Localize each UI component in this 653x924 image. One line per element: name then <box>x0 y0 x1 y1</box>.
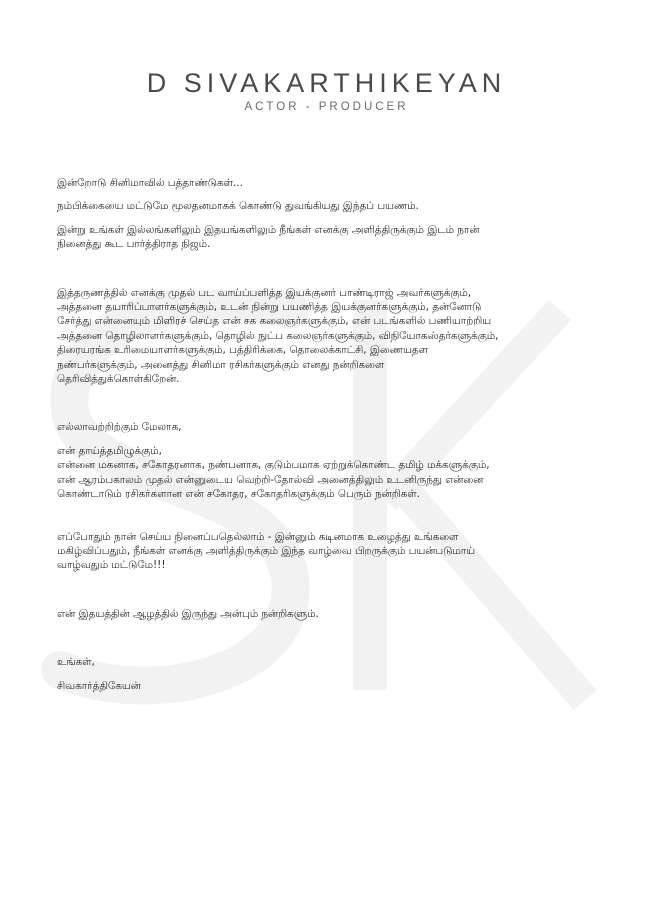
paragraph-tamil-line: என் தாய்த்தமிழுக்கும், <box>57 444 617 458</box>
paragraph-thanks-line: நண்பர்களுக்கும், அனைத்து சினிமா ரசிகர்கள… <box>57 358 617 372</box>
paragraph-thanks-line: அத்தனை தயாரிப்பாளர்களுக்கும், உடன் நின்ற… <box>57 300 617 314</box>
paragraph-tamil-line: கொண்டாடும் ரசிகர்களான என் சகோதர, சகோதரிக… <box>57 487 617 501</box>
paragraph-heartfelt: என் இதயத்தின் ஆழத்தில் இருந்து அன்பும் ந… <box>57 607 617 621</box>
paragraph-journey: நம்பிக்கையை மட்டுமே மூலதனமாகக் கொண்டு து… <box>57 199 617 213</box>
paragraph-tamil-line: என்னை மகனாக, சகோதரனாக, நண்பனாக, குடும்பம… <box>57 458 617 472</box>
paragraph-place-line: நினைத்து கூட பார்த்திராத நிஜம். <box>57 237 617 251</box>
letterhead-name: D SIVAKARTHIKEYAN <box>0 68 653 99</box>
paragraph-above-all: எல்லாவற்றிற்கும் மேலாக, <box>57 420 617 434</box>
paragraph-thanks-line: இத்தருணத்தில் எனக்கு முதல் பட வாய்ப்பளித… <box>57 286 617 300</box>
paragraph-thanks-line: தெரிவித்துக்கொள்கிறேன். <box>57 372 617 386</box>
paragraph-tamil-line: என் ஆரம்பகாலம் முதல் என்னுடைய வெற்றி-தோல… <box>57 473 617 487</box>
paragraph-promise-line: எப்போதும் நான் செய்ய நினைப்பதெல்லாம் - இ… <box>57 530 617 544</box>
letterhead: D SIVAKARTHIKEYAN ACTOR - PRODUCER <box>0 68 653 113</box>
paragraph-thanks-line: அத்தனை தொழிலாளர்களுக்கும், தொழில் நுட்ப … <box>57 329 617 343</box>
paragraph-promise-line: மகிழ்விப்பதும், நீங்கள் எனக்கு அளித்திரு… <box>57 544 617 558</box>
paragraph-thanks-line: சேர்த்து என்னையும் மிளிரச் செய்த என் சக … <box>57 314 617 328</box>
paragraph-intro: இன்றோடு சினிமாவில் பத்தாண்டுகள்... <box>57 176 617 190</box>
paragraph-promise-line: வாழ்வதும் மட்டுமே!!! <box>57 558 617 572</box>
signature: சிவகார்த்திகேயன் <box>57 679 617 693</box>
letter-body: இன்றோடு சினிமாவில் பத்தாண்டுகள்... நம்பி… <box>57 176 617 693</box>
paragraph-place-line: இன்று உங்கள் இல்லங்களிலும் இதயங்களிலும் … <box>57 223 617 237</box>
letterhead-role: ACTOR - PRODUCER <box>0 101 653 113</box>
closing: உங்கள், <box>57 655 617 669</box>
paragraph-thanks-line: திரையரங்க உரிமையாளர்களுக்கும், பத்திரிக்… <box>57 343 617 357</box>
